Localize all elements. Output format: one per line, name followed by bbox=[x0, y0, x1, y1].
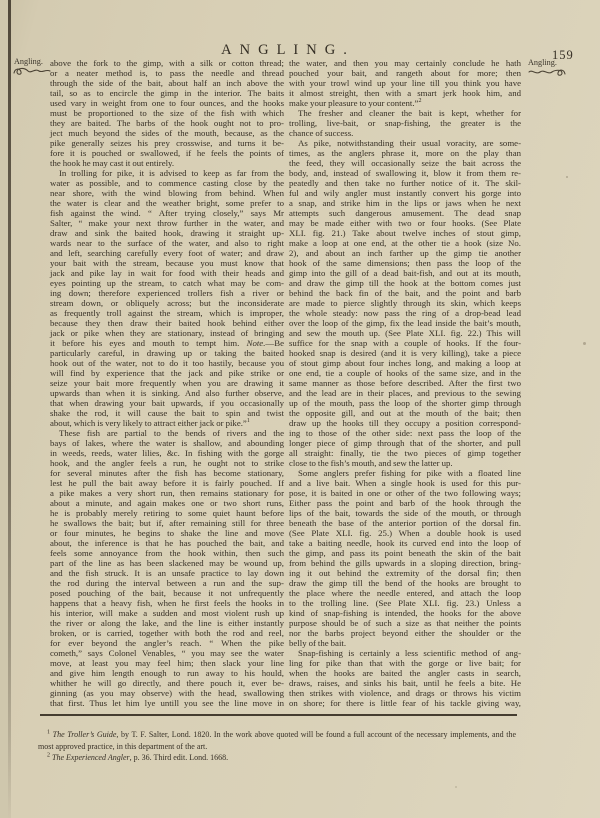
text-line: same manner as those before described. A… bbox=[289, 378, 521, 388]
text-line: Either pass the point and barb of the ho… bbox=[289, 498, 521, 508]
text-line: hook out of the water, not to do it too … bbox=[50, 358, 284, 368]
text-line: ling for pike than that with the gorge o… bbox=[289, 658, 521, 668]
text-line: wards near to the surface of the water, … bbox=[50, 238, 284, 248]
text-line: broken, or is carried, together with bot… bbox=[50, 628, 284, 638]
text-line: your bait with the stream, because you m… bbox=[50, 258, 284, 268]
text-line: longer piece of gimp through that of the… bbox=[289, 438, 521, 448]
text-line: 2), and about an inch farther up the gim… bbox=[289, 248, 521, 258]
text-line: Salter, “ make your next throw further i… bbox=[50, 218, 284, 228]
text-line: close to the fish’s mouth, and sew the l… bbox=[289, 458, 521, 468]
text-line: whither he will go directly, and there p… bbox=[50, 678, 284, 688]
text-line: they are baited. The barbs of the hook o… bbox=[50, 118, 284, 128]
text-line: and give him length enough to run away t… bbox=[50, 668, 284, 678]
text-line: pose, it is baited in one or other of th… bbox=[289, 488, 521, 498]
text-line: kind of snap-fishing is intended, the ho… bbox=[289, 608, 521, 618]
running-head: ANGLING. bbox=[55, 42, 521, 59]
text-line: in weeds, reeds, water lilies, &c. In fi… bbox=[50, 448, 284, 458]
text-line: jack or pike when they are stationary, i… bbox=[50, 328, 284, 338]
text-line: part of the line as has been slackened m… bbox=[50, 558, 284, 568]
paper-speck bbox=[583, 342, 586, 345]
footnotes: 1 The Troller’s Guide, by T. F. Salter, … bbox=[38, 729, 516, 764]
text-line: lips of the bait, towards the side of th… bbox=[289, 508, 521, 518]
text-line: draw the gimp till the bend of the hooks… bbox=[289, 578, 521, 588]
text-line: a snap, and strike him in the lips or ja… bbox=[289, 198, 521, 208]
text-line: the rod during the interval between a ru… bbox=[50, 578, 284, 588]
text-line: as frequently troll against the stream, … bbox=[50, 308, 284, 318]
text-line: the water is clear and the weather brigh… bbox=[50, 198, 284, 208]
footnote: 1 The Troller’s Guide, by T. F. Salter, … bbox=[38, 729, 516, 752]
text-line: beneath the base of the anterior portion… bbox=[289, 518, 521, 528]
flourish-icon bbox=[12, 66, 52, 76]
text-line: jack and pike lay in wait for food with … bbox=[50, 268, 284, 278]
text-line: chance of success. bbox=[289, 128, 521, 138]
text-line: that when drawing your bait upwards, if … bbox=[50, 398, 284, 408]
text-line: the river or along the lake, and the lin… bbox=[50, 618, 284, 628]
text-line: the feed, they will occasionally seize t… bbox=[289, 158, 521, 168]
text-line: behind the back fin of the bait, and the… bbox=[289, 288, 521, 298]
text-line: pouched your bait, and rangeth about for… bbox=[289, 68, 521, 78]
text-line: must be proportioned to the size of the … bbox=[50, 108, 284, 118]
text-line: body, and, instead of swallowing it, blo… bbox=[289, 168, 521, 178]
text-line: about, which is very likely to attract e… bbox=[50, 418, 284, 428]
footnote: 2 The Experienced Angler, p. 36. Third e… bbox=[38, 752, 516, 764]
flourish-icon bbox=[527, 67, 567, 77]
text-line: XLI. fig. 21.) Take about twelve inches … bbox=[289, 228, 521, 238]
paper-speck bbox=[566, 176, 568, 178]
text-line: bays of lakes, where the water is shallo… bbox=[50, 438, 284, 448]
text-line: peatedly and then take no further notice… bbox=[289, 178, 521, 188]
text-line: nor the barbs project beyond either the … bbox=[289, 628, 521, 638]
text-line: with your trowl wind up your line till y… bbox=[289, 78, 521, 88]
text-line: ful and wily angler must instantly conve… bbox=[289, 188, 521, 198]
text-line: stream down, or obliquely across; but th… bbox=[50, 298, 284, 308]
text-line: when the hooks are baited the angler cas… bbox=[289, 668, 521, 678]
text-line: belly of the bait. bbox=[289, 638, 521, 648]
text-line: he swallows the bait; but if, after rema… bbox=[50, 518, 284, 528]
text-line: his interior, will make a sudden and mos… bbox=[50, 608, 284, 618]
text-line: and the fish struck. It is an unsafe pra… bbox=[50, 568, 284, 578]
text-line: of stout gimp about four inches long, an… bbox=[289, 358, 521, 368]
text-line: seize your bait more frequently when you… bbox=[50, 378, 284, 388]
book-page: ANGLING. 159 Angling. Angling. above the… bbox=[0, 0, 600, 818]
text-line: up of the mouth, pass the loop of the sh… bbox=[289, 398, 521, 408]
text-line: times, as the anglers phrase it, more on… bbox=[289, 148, 521, 158]
text-line: happens that a heavy fish, when he first… bbox=[50, 598, 284, 608]
text-line: about, the inference is that he has pouc… bbox=[50, 538, 284, 548]
page-edge bbox=[0, 0, 8, 818]
text-line: and a live bait. When a single hook is u… bbox=[289, 478, 521, 488]
text-line: it almost streight, then with a smart je… bbox=[289, 88, 521, 98]
text-line: As pike, notwithstanding their usual vor… bbox=[289, 138, 521, 148]
text-line: trolling, live-bait, or snap-fishing, th… bbox=[289, 118, 521, 128]
text-line: and draw the gimp till the hook at the b… bbox=[289, 278, 521, 288]
text-line: Some anglers prefer fishing for pike wit… bbox=[289, 468, 521, 478]
text-column-right: the water, and then you may certainly co… bbox=[289, 58, 521, 708]
text-line: a pike makes a very short run, then rema… bbox=[50, 488, 284, 498]
text-line: (See Plate XLI. fig. 25.) When a double … bbox=[289, 528, 521, 538]
text-line: over the loop of the gimp, fix the lead … bbox=[289, 318, 521, 328]
text-line: all straight: finally, tie the two piece… bbox=[289, 448, 521, 458]
text-line: are made to pierce slightly through its … bbox=[289, 298, 521, 308]
text-line: because they then draw their baited hook… bbox=[50, 318, 284, 328]
text-line: draw up the hooks till they occupy a pos… bbox=[289, 418, 521, 428]
text-line: for several minutes after the fish has b… bbox=[50, 468, 284, 478]
text-column-left: above the fork to the gimp, with a silk … bbox=[50, 58, 284, 708]
text-line: upwards than when it is sinking. And als… bbox=[50, 388, 284, 398]
text-line: attempts such dangerous amusement. The d… bbox=[289, 208, 521, 218]
text-line: ing down; therefore experienced trollers… bbox=[50, 288, 284, 298]
text-line: the hook he may cast it out entirely. bbox=[50, 158, 284, 168]
text-line: ject much beyond the sides of the mouth,… bbox=[50, 128, 284, 138]
text-line: that first. Thus let him lye untill you … bbox=[50, 698, 284, 708]
text-line: the water, and then you may certainly co… bbox=[289, 58, 521, 68]
text-line: will find by experience that the jack an… bbox=[50, 368, 284, 378]
text-line: ing it out behind the extremity of the d… bbox=[289, 568, 521, 578]
text-line: ing to those of the other side: next pas… bbox=[289, 428, 521, 438]
text-line: and the lead are in their places, and pr… bbox=[289, 388, 521, 398]
text-line: eyes pointing up the stream, to catch wh… bbox=[50, 278, 284, 288]
text-line: used vary in weight from one to four oun… bbox=[50, 98, 284, 108]
text-line: and sew the mouth up. (See Plate XLI. fi… bbox=[289, 328, 521, 338]
text-line: make a loop at one end, at the other tie… bbox=[289, 238, 521, 248]
text-line: hook of the same dimensions; then pass t… bbox=[289, 258, 521, 268]
text-line: cometh,” says Colonel Venables, “ you ma… bbox=[50, 648, 284, 658]
text-line: pike generally seizes his prey crosswise… bbox=[50, 138, 284, 148]
text-line: the whole steady: now pass the ring of a… bbox=[289, 308, 521, 318]
text-line: These fish are partial to the bends of r… bbox=[50, 428, 284, 438]
text-line: one end, tie a couple of hooks of the sa… bbox=[289, 368, 521, 378]
text-line: take a baiting needle, hook its curved e… bbox=[289, 538, 521, 548]
text-line: draw and sink the baited hook, drawing i… bbox=[50, 228, 284, 238]
text-line: he is probably merely retiring to some q… bbox=[50, 508, 284, 518]
text-line: tail, so as to encircle the gimp in the … bbox=[50, 88, 284, 98]
text-line: may be made either with two or four hook… bbox=[289, 218, 521, 228]
text-line: gimp into the gill of a dead bait-fish, … bbox=[289, 268, 521, 278]
text-line: or four minutes, he begins to shake the … bbox=[50, 528, 284, 538]
text-line: the place where the needle entered, and … bbox=[289, 588, 521, 598]
text-line: posed pouching of the bait, because it n… bbox=[50, 588, 284, 598]
text-line: it before his eyes and mouth to tempt hi… bbox=[50, 338, 284, 348]
text-line: fish against the wind. “ After trying cl… bbox=[50, 208, 284, 218]
text-line: above the fork to the gimp, with a silk … bbox=[50, 58, 284, 68]
text-line: lest he pull the bait away before it is … bbox=[50, 478, 284, 488]
text-line: about a minute, and again makes one or t… bbox=[50, 498, 284, 508]
text-line: shake the rod, it will cause the bait to… bbox=[50, 408, 284, 418]
text-line: to the trolling line. (See Plate XLI. fi… bbox=[289, 598, 521, 608]
text-line: from behind the gills upwards in a slopi… bbox=[289, 558, 521, 568]
text-line: the opposite gill, and out at the mouth … bbox=[289, 408, 521, 418]
text-line: or a neater method is, to pass the needl… bbox=[50, 68, 284, 78]
text-line: The fresher and cleaner the bait is kept… bbox=[289, 108, 521, 118]
text-line: and left, searching carefully every foot… bbox=[50, 248, 284, 258]
text-line: for ever beyond the angler’s reach. “ Wh… bbox=[50, 638, 284, 648]
text-line: purpose should be of such a size as that… bbox=[289, 618, 521, 628]
text-line: fore it is pouched or swallowed, if he f… bbox=[50, 148, 284, 158]
text-line: on shore; for there is little fear of hi… bbox=[289, 698, 521, 708]
text-line: then strikes with violence, and drags or… bbox=[289, 688, 521, 698]
text-line: particularly careful, in drawing up or t… bbox=[50, 348, 284, 358]
text-line: hooked snap is desired (and it is very k… bbox=[289, 348, 521, 358]
text-line: suffice for the snap with a couple of ho… bbox=[289, 338, 521, 348]
text-line: hook, and the angler feels a run, he oug… bbox=[50, 458, 284, 468]
text-line: water as possible, and to commence casti… bbox=[50, 178, 284, 188]
text-line: make your pleasure to your content.”2 bbox=[289, 98, 521, 108]
text-line: ginning (as you may observe) with the he… bbox=[50, 688, 284, 698]
paper-speck bbox=[455, 786, 457, 788]
footnote-rule bbox=[40, 714, 517, 716]
margin-note-right: Angling. bbox=[528, 58, 557, 67]
text-line: feels some annoyance from the hook withi… bbox=[50, 548, 284, 558]
binding-edge-line bbox=[8, 0, 11, 818]
text-line: through the side of the bait, about half… bbox=[50, 78, 284, 88]
text-line: draws, raises, and sinks his bait, until… bbox=[289, 678, 521, 688]
text-line: near shore, with the wind blowing from b… bbox=[50, 188, 284, 198]
text-line: Snap-fishing is certainly a less scienti… bbox=[289, 648, 521, 658]
margin-note-left: Angling. bbox=[14, 57, 43, 66]
text-line: move, at least you may feel him; then sl… bbox=[50, 658, 284, 668]
text-line: In trolling for pike, it is advised to k… bbox=[50, 168, 284, 178]
text-line: the gimp, and pass its point beneath the… bbox=[289, 548, 521, 558]
